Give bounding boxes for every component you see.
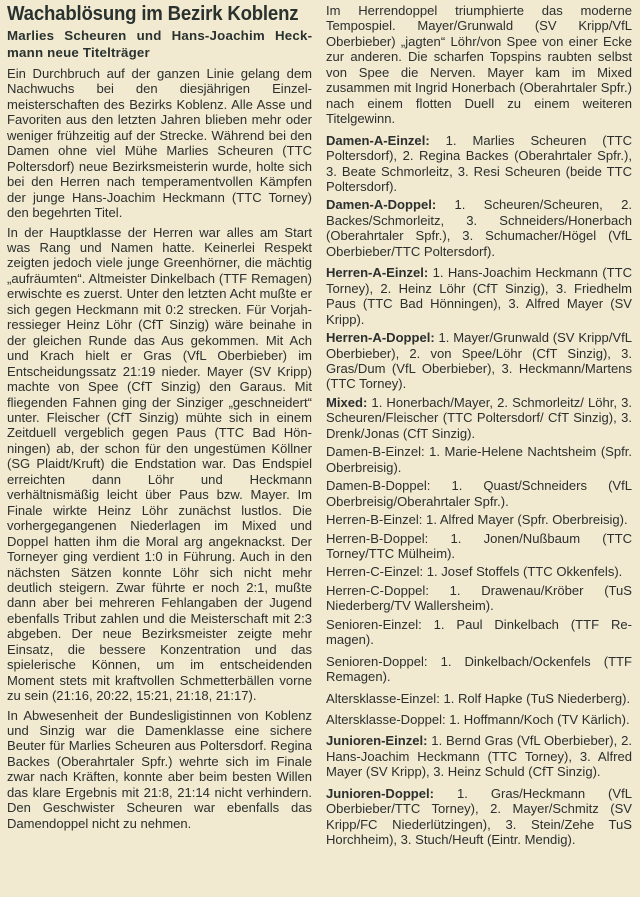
result-category: Damen-B-Doppel: [326, 478, 430, 493]
result-text: 1. Josef Stoffels (TTC Ok­kenfels). [423, 564, 622, 579]
result-category: Altersklasse-Einzel: [326, 691, 440, 706]
result-category: Herren-B-Doppel: [326, 531, 428, 546]
article-column-left: Wachablösung im Bezirk Koblenz Marlies S… [7, 3, 312, 835]
article-column-right: Im Herrendoppel triumphierte das moderne… [326, 3, 632, 851]
paragraph-herrendoppel: Im Herrendoppel triumphierte das moderne… [326, 3, 632, 127]
result-herren-a-doppel: Herren-A-Doppel: 1. Mayer/Grunwald (SV K… [326, 330, 632, 392]
paragraph-intro: Ein Durchbruch auf der ganzen Linie gela… [7, 66, 312, 221]
result-category: Junioren-Doppel: [326, 786, 434, 801]
result-text: 1. Hoffmann/Koch (TV Kärlich). [446, 712, 630, 727]
result-category: Altersklasse-Doppel: [326, 712, 446, 727]
result-herren-c-doppel: Herren-C-Doppel: 1. Drawenau/Kröber (TuS… [326, 583, 632, 614]
result-category: Herren-A-Doppel: [326, 330, 435, 345]
result-category: Herren-C-Doppel: [326, 583, 429, 598]
result-junioren-doppel: Junioren-Doppel: 1. Gras/Heckmann (VfL O… [326, 786, 632, 848]
subheadline: Marlies Scheuren und Hans-Joachim Heck­m… [7, 28, 312, 61]
result-category: Mixed: [326, 395, 367, 410]
result-herren-b-einzel: Herren-B-Einzel: 1. Alfred Mayer (Spfr. … [326, 512, 632, 527]
result-senioren-doppel: Senioren-Doppel: 1. Dinkelbach/Ockenfels… [326, 654, 632, 685]
result-altersklasse-doppel: Altersklasse-Doppel: 1. Hoffmann/Koch (T… [326, 712, 632, 727]
result-category: Damen-B-Einzel: [326, 444, 425, 459]
headline: Wachablösung im Bezirk Koblenz [7, 3, 291, 25]
result-damen-a-einzel: Damen-A-Einzel: 1. Marlies Scheuren (TTC… [326, 133, 632, 195]
result-category: Senioren-Einzel: [326, 617, 422, 632]
result-category: Herren-A-Einzel: [326, 265, 428, 280]
result-text: 1. Honerbach/Mayer, 2. Schmorleitz/ Löhr… [326, 395, 632, 441]
result-text: 1. Alfred Mayer (Spfr. Ober­breisig). [422, 512, 627, 527]
result-category: Damen-A-Doppel: [326, 197, 436, 212]
result-text: 1. Rolf Hapke (TuS Nie­derberg). [440, 691, 630, 706]
result-damen-b-doppel: Damen-B-Doppel: 1. Quast/Schneiders (VfL… [326, 478, 632, 509]
result-senioren-einzel: Senioren-Einzel: 1. Paul Dinkelbach (TTF… [326, 617, 632, 648]
result-category: Senioren-Doppel: [326, 654, 428, 669]
result-herren-c-einzel: Herren-C-Einzel: 1. Josef Stoffels (TTC … [326, 564, 632, 579]
result-junioren-einzel: Junioren-Einzel: 1. Bernd Gras (VfL Ober… [326, 733, 632, 779]
result-category: Herren-C-Einzel: [326, 564, 423, 579]
result-mixed: Mixed: 1. Honerbach/Mayer, 2. Schmorleit… [326, 395, 632, 441]
result-herren-a-einzel: Herren-A-Einzel: 1. Hans-Joachim Heckman… [326, 265, 632, 327]
newspaper-page: Wachablösung im Bezirk Koblenz Marlies S… [0, 0, 640, 897]
paragraph-damen: In Abwesenheit der Bundesligistinnen von… [7, 708, 312, 832]
paragraph-herren: In der Hauptklasse der Herren war alles … [7, 225, 312, 704]
result-damen-a-doppel: Damen-A-Doppel: 1. Scheuren/Scheuren, 2.… [326, 197, 632, 259]
result-category: Damen-A-Einzel: [326, 133, 430, 148]
result-altersklasse-einzel: Altersklasse-Einzel: 1. Rolf Hapke (TuS … [326, 691, 632, 706]
result-category: Junioren-Einzel: [326, 733, 427, 748]
result-herren-b-doppel: Herren-B-Doppel: 1. Jonen/Nußbaum (TTC T… [326, 531, 632, 562]
result-damen-b-einzel: Damen-B-Einzel: 1. Marie-Helene Nachtshe… [326, 444, 632, 475]
result-category: Herren-B-Einzel: [326, 512, 422, 527]
